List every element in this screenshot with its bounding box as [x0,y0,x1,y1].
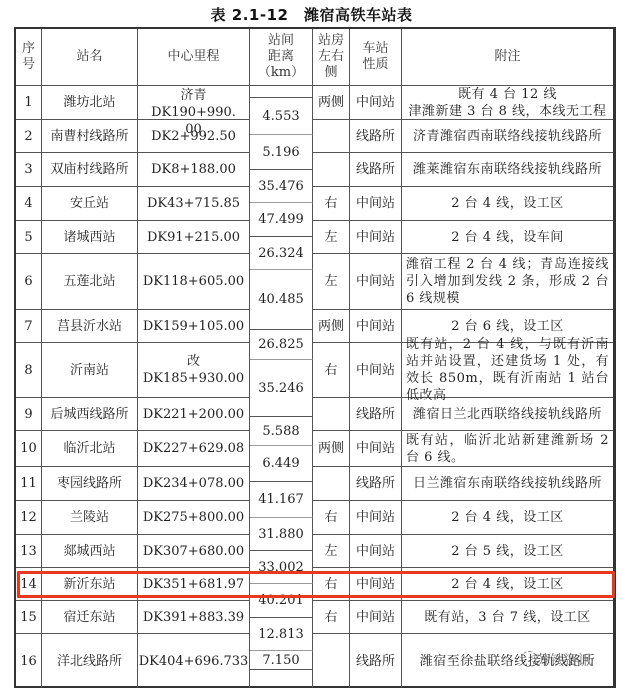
cell-side [313,120,350,153]
cell-distance: 40.485 [250,270,313,330]
cell-name: 沂南站 [42,343,138,398]
cell-no: 13 [16,535,42,568]
cell-mileage: DK404+696.733 [138,634,250,688]
cell-side [313,467,350,501]
cell-remark: 日兰潍宿东南联络线接轨线路所 [402,467,613,501]
header-type: 车站 性质 [350,29,402,86]
cell-side: 两侧 [313,86,350,120]
cell-distance: 31.880 [250,518,313,551]
cell-side [313,634,350,688]
cell-remark: 既有 4 台 12 线 津潍新建 3 台 8 线，本线无工程 [402,86,613,120]
cell-remark: 2 台 5 线，设工区 [402,535,613,568]
cell-distance: 5.196 [250,135,313,170]
cell-remark: 潍宿工程 2 台 4 线；青岛连接线引入增加到发线 2 条，形成 2 台 6 线… [402,254,613,310]
cell-side [313,398,350,431]
cell-remark: 既有站，临沂北站新建潍新场 2 台 6 线。 [402,431,613,467]
cell-no: 11 [16,467,42,501]
cell-mileage: DK391+883.39 [138,601,250,634]
table-title: 表 2.1-12 潍宿高铁车站表 [0,4,623,25]
cell-type: 中间站 [350,310,402,343]
cell-distance: 26.324 [250,237,313,270]
cell-side: 两侧 [313,431,350,467]
cell-mileage: DK8+188.00 [138,153,250,187]
cell-mileage: DK43+715.85 [138,187,250,221]
watermark: 苏铁资讯 [536,650,592,670]
cell-side: 右 [313,187,350,221]
cell-type: 中间站 [350,187,402,221]
cell-remark: 济青潍宿西南联络线接轨线路所 [402,120,613,153]
cell-mileage: 改 DK185+930.00 [138,343,250,398]
cell-type: 线路所 [350,398,402,431]
cell-no: 1 [16,86,42,120]
cell-no: 12 [16,501,42,535]
cell-no: 7 [16,310,42,343]
cell-name: 兰陵站 [42,501,138,535]
header-remark: 附注 [402,29,613,86]
cell-distance: 41.167 [250,482,313,518]
cell-no: 15 [16,601,42,634]
cell-mileage: DK234+078.00 [138,467,250,501]
cell-distance [250,670,313,688]
cell-type: 中间站 [350,86,402,120]
header-mileage: 中心里程 [138,29,250,86]
cell-mileage: DK221+200.00 [138,398,250,431]
cell-no: 10 [16,431,42,467]
cell-no: 2 [16,120,42,153]
cell-side: 左 [313,254,350,310]
cell-side: 左 [313,221,350,254]
cell-name: 潍坊北站 [42,86,138,120]
cell-distance: 35.476 [250,170,313,203]
cell-name: 双庙村线路所 [42,153,138,187]
cell-no: 4 [16,187,42,221]
cell-distance: 47.499 [250,203,313,237]
cell-type: 线路所 [350,120,402,153]
cell-mileage: 济青 DK190+990. 00 [138,86,250,120]
header-distance: 站间 距离 （km） [250,29,313,86]
cell-mileage: DK91+215.00 [138,221,250,254]
cell-side: 右 [313,343,350,398]
cell-name: 诸城西站 [42,221,138,254]
cell-no: 8 [16,343,42,398]
cell-type: 中间站 [350,221,402,254]
cell-remark: 既有站，3 台 7 线，设工区 [402,601,613,634]
cell-name: 五莲北站 [42,254,138,310]
cell-distance: 6.449 [250,446,313,482]
cell-name: 枣园线路所 [42,467,138,501]
cell-type: 线路所 [350,153,402,187]
cell-type: 线路所 [350,467,402,501]
cell-mileage: DK275+800.00 [138,501,250,535]
header-side: 站房 左右 侧 [313,29,350,86]
cell-mileage: DK227+629.08 [138,431,250,467]
cell-side: 左 [313,535,350,568]
highlight-box-row-14 [17,571,615,598]
cell-name: 后城西线路所 [42,398,138,431]
cell-mileage: DK118+605.00 [138,254,250,310]
cell-name: 洋北线路所 [42,634,138,688]
cell-mileage: DK307+680.00 [138,535,250,568]
cell-type: 中间站 [350,254,402,310]
cell-remark: 潍宿日兰北西联络线接轨线路所 [402,398,613,431]
cell-distance: 4.553 [250,98,313,135]
cell-no: 9 [16,398,42,431]
cell-type: 中间站 [350,535,402,568]
cell-name: 安丘站 [42,187,138,221]
cell-type: 中间站 [350,601,402,634]
cell-type: 中间站 [350,431,402,467]
cell-side: 两侧 [313,310,350,343]
cell-remark: 2 台 4 线，设工区 [402,501,613,535]
cell-side [313,153,350,187]
cell-type: 中间站 [350,501,402,535]
cell-mileage: DK2+992.50 [138,120,250,153]
cell-type: 中间站 [350,343,402,398]
cell-distance: 7.150 [250,651,313,670]
cell-no: 3 [16,153,42,187]
cell-distance [250,86,313,98]
cell-mileage: DK159+105.00 [138,310,250,343]
header-no: 序 号 [16,29,42,86]
header-station-name: 站名 [42,29,138,86]
cell-distance: 35.246 [250,360,313,417]
cell-side: 右 [313,601,350,634]
cell-name: 南曹村线路所 [42,120,138,153]
cell-remark: 潍莱潍宿东南联络线接轨线路所 [402,153,613,187]
wechat-icon [521,651,537,667]
cell-distance: 5.588 [250,417,313,446]
cell-type: 线路所 [350,634,402,688]
cell-name: 宿迁东站 [42,601,138,634]
cell-side: 右 [313,501,350,535]
cell-remark: 2 台 4 线，设工区 [402,187,613,221]
cell-distance: 12.813 [250,618,313,651]
cell-distance: 26.825 [250,330,313,360]
cell-no: 16 [16,634,42,688]
cell-name: 郯城西站 [42,535,138,568]
cell-name: 临沂北站 [42,431,138,467]
cell-name: 莒县沂水站 [42,310,138,343]
cell-no: 6 [16,254,42,310]
cell-no: 5 [16,221,42,254]
cell-remark: 既有站，2 台 4 线，与既有沂南站并站设置，还建货场 1 处，有效长 850m… [402,343,613,398]
cell-remark: 2 台 4 线，设车间 [402,221,613,254]
